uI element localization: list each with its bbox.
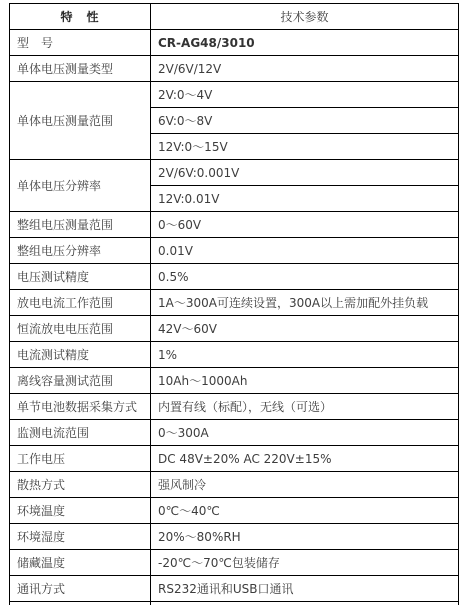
row-label-constant-current-voltage-range: 恒流放电电压范围 — [10, 316, 151, 342]
row-value: -20℃～70℃包装储存 — [151, 550, 459, 576]
row-value: 0～60V — [151, 212, 459, 238]
table-row: 单体电压测量范围 2V:0～4V — [10, 82, 459, 108]
row-value: 6V:0～8V — [151, 108, 459, 134]
row-value-model: CR-AG48/3010 — [151, 30, 459, 56]
row-label-working-voltage: 工作电压 — [10, 446, 151, 472]
table-row: 型 号 CR-AG48/3010 — [10, 30, 459, 56]
row-value: 1% — [151, 342, 459, 368]
row-label-voltage-accuracy: 电压测试精度 — [10, 264, 151, 290]
row-value: 2V:0～4V — [151, 82, 459, 108]
row-value: 1A～300A可连续设置，300A以上需加配外挂负载 — [151, 290, 459, 316]
table-row: 离线容量测试范围 10Ah～1000Ah — [10, 368, 459, 394]
header-row: 特 性 技术参数 — [10, 4, 459, 30]
table-row: 电流测试精度 1% — [10, 342, 459, 368]
table-row: 单节电池数据采集方式 内置有线（标配），无线（可选） — [10, 394, 459, 420]
row-label-cell-voltage-resolution: 单体电压分辨率 — [10, 160, 151, 212]
table-row: 电压测试精度 0.5% — [10, 264, 459, 290]
column-header-params: 技术参数 — [151, 4, 459, 30]
table-row: 单体电压分辨率 2V/6V:0.001V — [10, 160, 459, 186]
table-row: 通讯方式 RS232通讯和USB口通讯 — [10, 576, 459, 602]
row-value: 12V:0～15V — [151, 134, 459, 160]
table-row-partial — [10, 602, 459, 605]
row-label-empty — [10, 602, 151, 605]
table-row: 工作电压 DC 48V±20% AC 220V±15% — [10, 446, 459, 472]
row-label-ambient-temperature: 环境温度 — [10, 498, 151, 524]
row-label-current-accuracy: 电流测试精度 — [10, 342, 151, 368]
table-row: 放电电流工作范围 1A～300A可连续设置，300A以上需加配外挂负载 — [10, 290, 459, 316]
row-value: 0℃～40℃ — [151, 498, 459, 524]
row-label-cell-data-acquisition: 单节电池数据采集方式 — [10, 394, 151, 420]
row-label-cell-voltage-range: 单体电压测量范围 — [10, 82, 151, 160]
table-row: 整组电压分辨率 0.01V — [10, 238, 459, 264]
row-label-discharge-current-range: 放电电流工作范围 — [10, 290, 151, 316]
table-row: 整组电压测量范围 0～60V — [10, 212, 459, 238]
row-value-empty — [151, 602, 459, 605]
row-label-cooling-method: 散热方式 — [10, 472, 151, 498]
row-value: 0.01V — [151, 238, 459, 264]
row-label-monitor-current-range: 监测电流范围 — [10, 420, 151, 446]
spec-table: 特 性 技术参数 型 号 CR-AG48/3010 单体电压测量类型 2V/6V… — [9, 3, 459, 605]
row-label-group-voltage-resolution: 整组电压分辨率 — [10, 238, 151, 264]
row-value: 强风制冷 — [151, 472, 459, 498]
row-value: RS232通讯和USB口通讯 — [151, 576, 459, 602]
row-value: 2V/6V/12V — [151, 56, 459, 82]
row-label-storage-temperature: 储藏温度 — [10, 550, 151, 576]
row-value: 0.5% — [151, 264, 459, 290]
row-label-offline-capacity-range: 离线容量测试范围 — [10, 368, 151, 394]
row-value: 20%～80%RH — [151, 524, 459, 550]
table-row: 散热方式 强风制冷 — [10, 472, 459, 498]
table-row: 环境温度 0℃～40℃ — [10, 498, 459, 524]
row-value: 0～300A — [151, 420, 459, 446]
row-value: 2V/6V:0.001V — [151, 160, 459, 186]
table-row: 单体电压测量类型 2V/6V/12V — [10, 56, 459, 82]
row-label-cell-voltage-type: 单体电压测量类型 — [10, 56, 151, 82]
row-value: DC 48V±20% AC 220V±15% — [151, 446, 459, 472]
row-value: 12V:0.01V — [151, 186, 459, 212]
table-row: 监测电流范围 0～300A — [10, 420, 459, 446]
row-value: 10Ah～1000Ah — [151, 368, 459, 394]
row-value: 42V～60V — [151, 316, 459, 342]
table-row: 环境湿度 20%～80%RH — [10, 524, 459, 550]
column-header-feature: 特 性 — [10, 4, 151, 30]
row-label-communication-method: 通讯方式 — [10, 576, 151, 602]
row-label-model: 型 号 — [10, 30, 151, 56]
table-row: 储藏温度 -20℃～70℃包装储存 — [10, 550, 459, 576]
row-label-group-voltage-range: 整组电压测量范围 — [10, 212, 151, 238]
table-row: 恒流放电电压范围 42V～60V — [10, 316, 459, 342]
row-value: 内置有线（标配），无线（可选） — [151, 394, 459, 420]
row-label-ambient-humidity: 环境湿度 — [10, 524, 151, 550]
